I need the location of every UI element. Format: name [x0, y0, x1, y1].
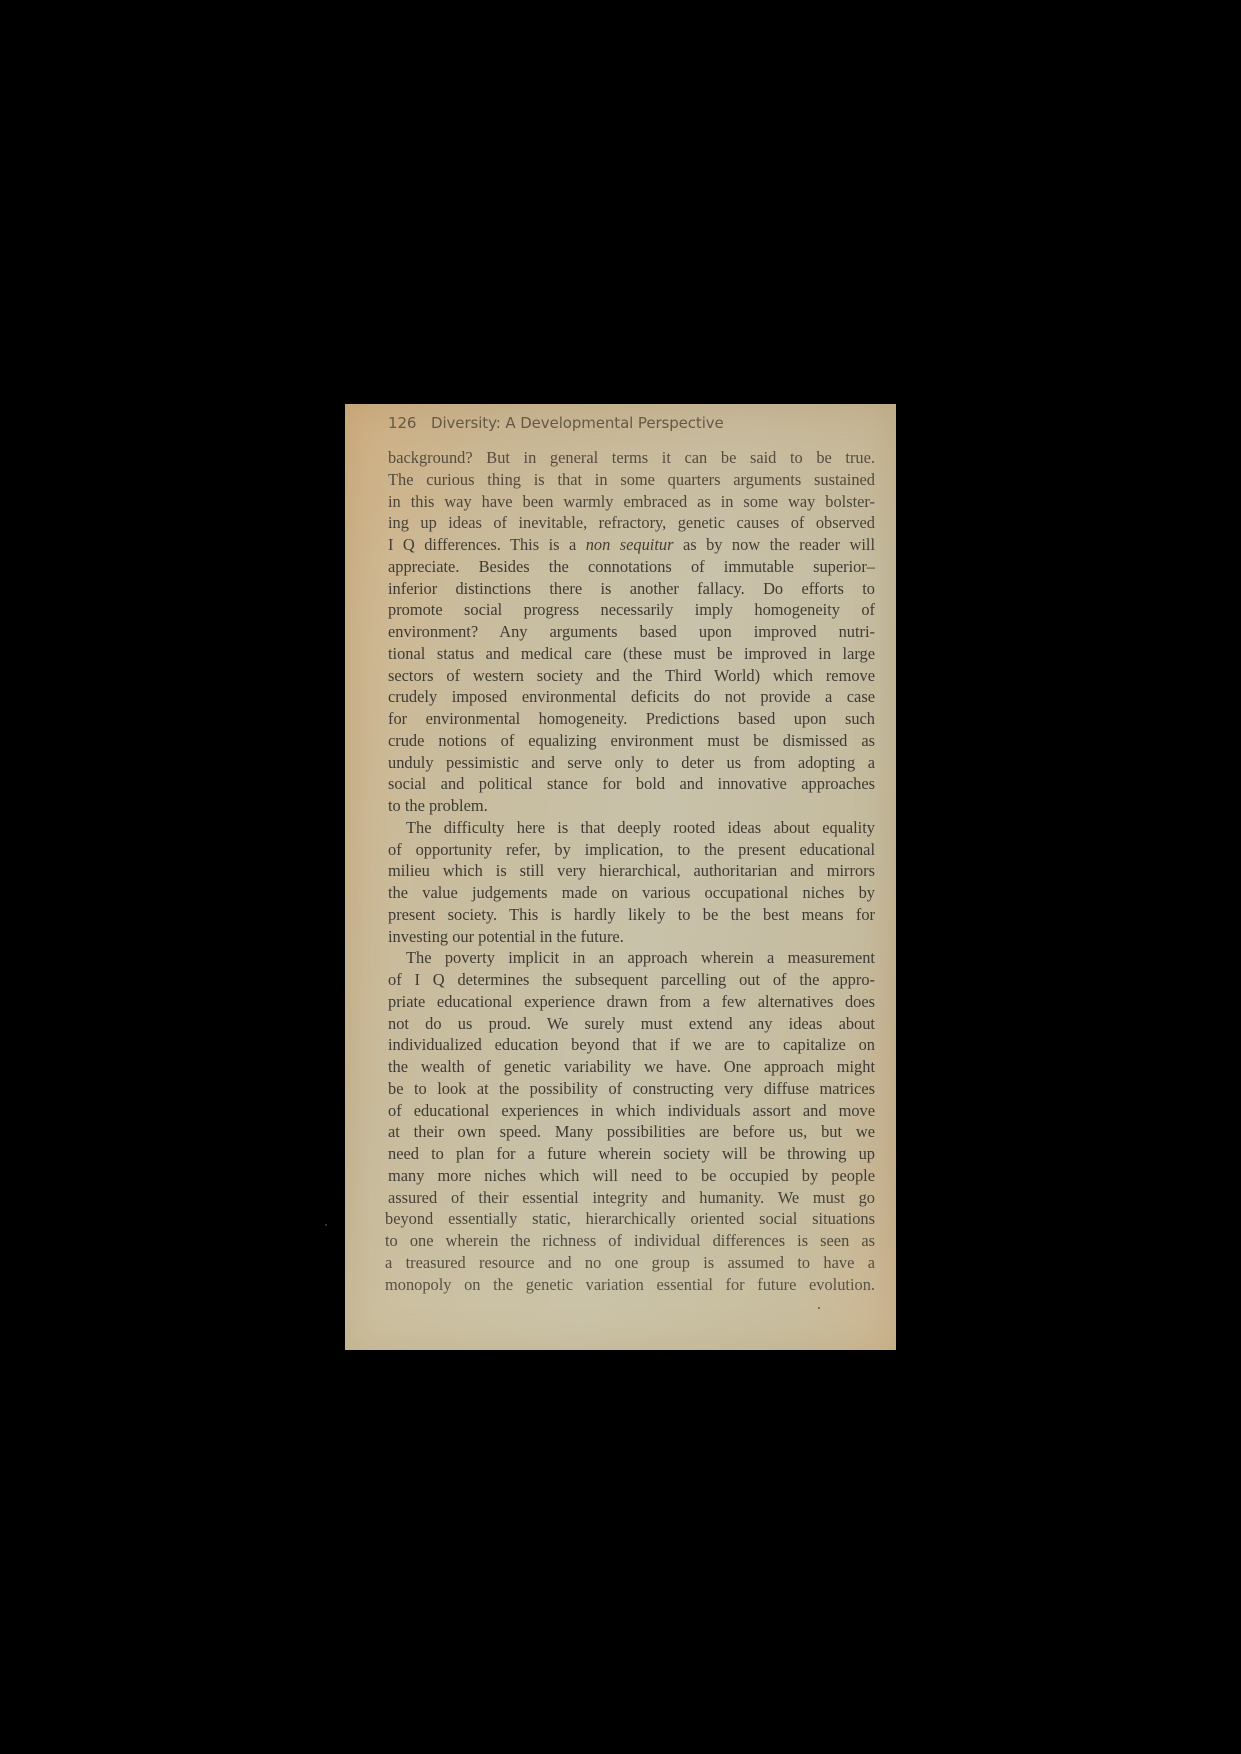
text-line: ing up ideas of inevitable, refractory, … [388, 512, 875, 534]
text-line: milieu which is still very hierarchical,… [388, 860, 875, 882]
text-line: the wealth of genetic variability we hav… [388, 1056, 875, 1078]
text-line: the value judgements made on various occ… [388, 882, 875, 904]
text-fragment: I Q differences. This is a [388, 535, 586, 554]
text-line: promote social progress necessarily impl… [388, 599, 875, 621]
body-text: background? But in general terms it can … [388, 447, 875, 1295]
paragraph-1: background? But in general terms it can … [388, 447, 875, 817]
text-line: crude notions of equalizing environment … [388, 730, 875, 752]
text-line: a treasured resource and no one group is… [385, 1252, 875, 1274]
text-line: for environmental homogeneity. Predictio… [388, 708, 875, 730]
text-line: not do us proud. We surely must extend a… [388, 1013, 875, 1035]
paragraph-2: The difficulty here is that deeply roote… [388, 817, 875, 948]
text-line: tional status and medical care (these mu… [388, 643, 875, 665]
text-line: sectors of western society and the Third… [388, 665, 875, 687]
text-fragment: as by now the reader will [674, 535, 876, 554]
text-line: crudely imposed environmental deficits d… [388, 686, 875, 708]
text-line: social and political stance for bold and… [388, 773, 875, 795]
text-line: priate educational experience drawn from… [388, 991, 875, 1013]
paper-speck [325, 1224, 327, 1226]
text-line: in this way have been warmly embraced as… [388, 491, 875, 513]
text-line: need to plan for a future wherein societ… [388, 1143, 875, 1165]
page-number: 126 [388, 414, 416, 432]
text-line: at their own speed. Many possibilities a… [388, 1121, 875, 1143]
text-line: of opportunity refer, by implication, to… [388, 839, 875, 861]
paper-speck [818, 1307, 820, 1309]
text-line: of I Q determines the subsequent parcell… [388, 969, 875, 991]
text-line: present society. This is hardly likely t… [388, 904, 875, 926]
text-line: I Q differences. This is a non sequitur … [388, 534, 875, 556]
text-line: assured of their essential integrity and… [388, 1187, 875, 1209]
text-line: investing our potential in the future. [388, 926, 875, 948]
text-line: The curious thing is that in some quarte… [388, 469, 875, 491]
text-line: monopoly on the genetic variation essent… [385, 1274, 875, 1296]
book-page: 126 Diversity: A Developmental Perspecti… [345, 404, 896, 1350]
text-line: of educational experiences in which indi… [388, 1100, 875, 1122]
text-line: background? But in general terms it can … [388, 447, 875, 469]
text-line: individualized education beyond that if … [388, 1034, 875, 1056]
text-line: The poverty implicit in an approach wher… [388, 947, 875, 969]
running-head: 126 Diversity: A Developmental Perspecti… [388, 414, 724, 432]
text-line: The difficulty here is that deeply roote… [388, 817, 875, 839]
italic-phrase: non sequitur [586, 535, 674, 554]
text-line: to the problem. [388, 795, 875, 817]
text-line: many more niches which will need to be o… [388, 1165, 875, 1187]
text-line: inferior distinctions there is another f… [388, 578, 875, 600]
text-line: to one wherein the richness of individua… [385, 1230, 875, 1252]
text-line: appreciate. Besides the connotations of … [388, 556, 875, 578]
text-line: beyond essentially static, hierarchicall… [385, 1208, 875, 1230]
paragraph-3: The poverty implicit in an approach wher… [388, 947, 875, 1295]
text-line: environment? Any arguments based upon im… [388, 621, 875, 643]
running-title: Diversity: A Developmental Perspective [431, 414, 724, 432]
text-line: be to look at the possibility of constru… [388, 1078, 875, 1100]
text-line: unduly pessimistic and serve only to det… [388, 752, 875, 774]
